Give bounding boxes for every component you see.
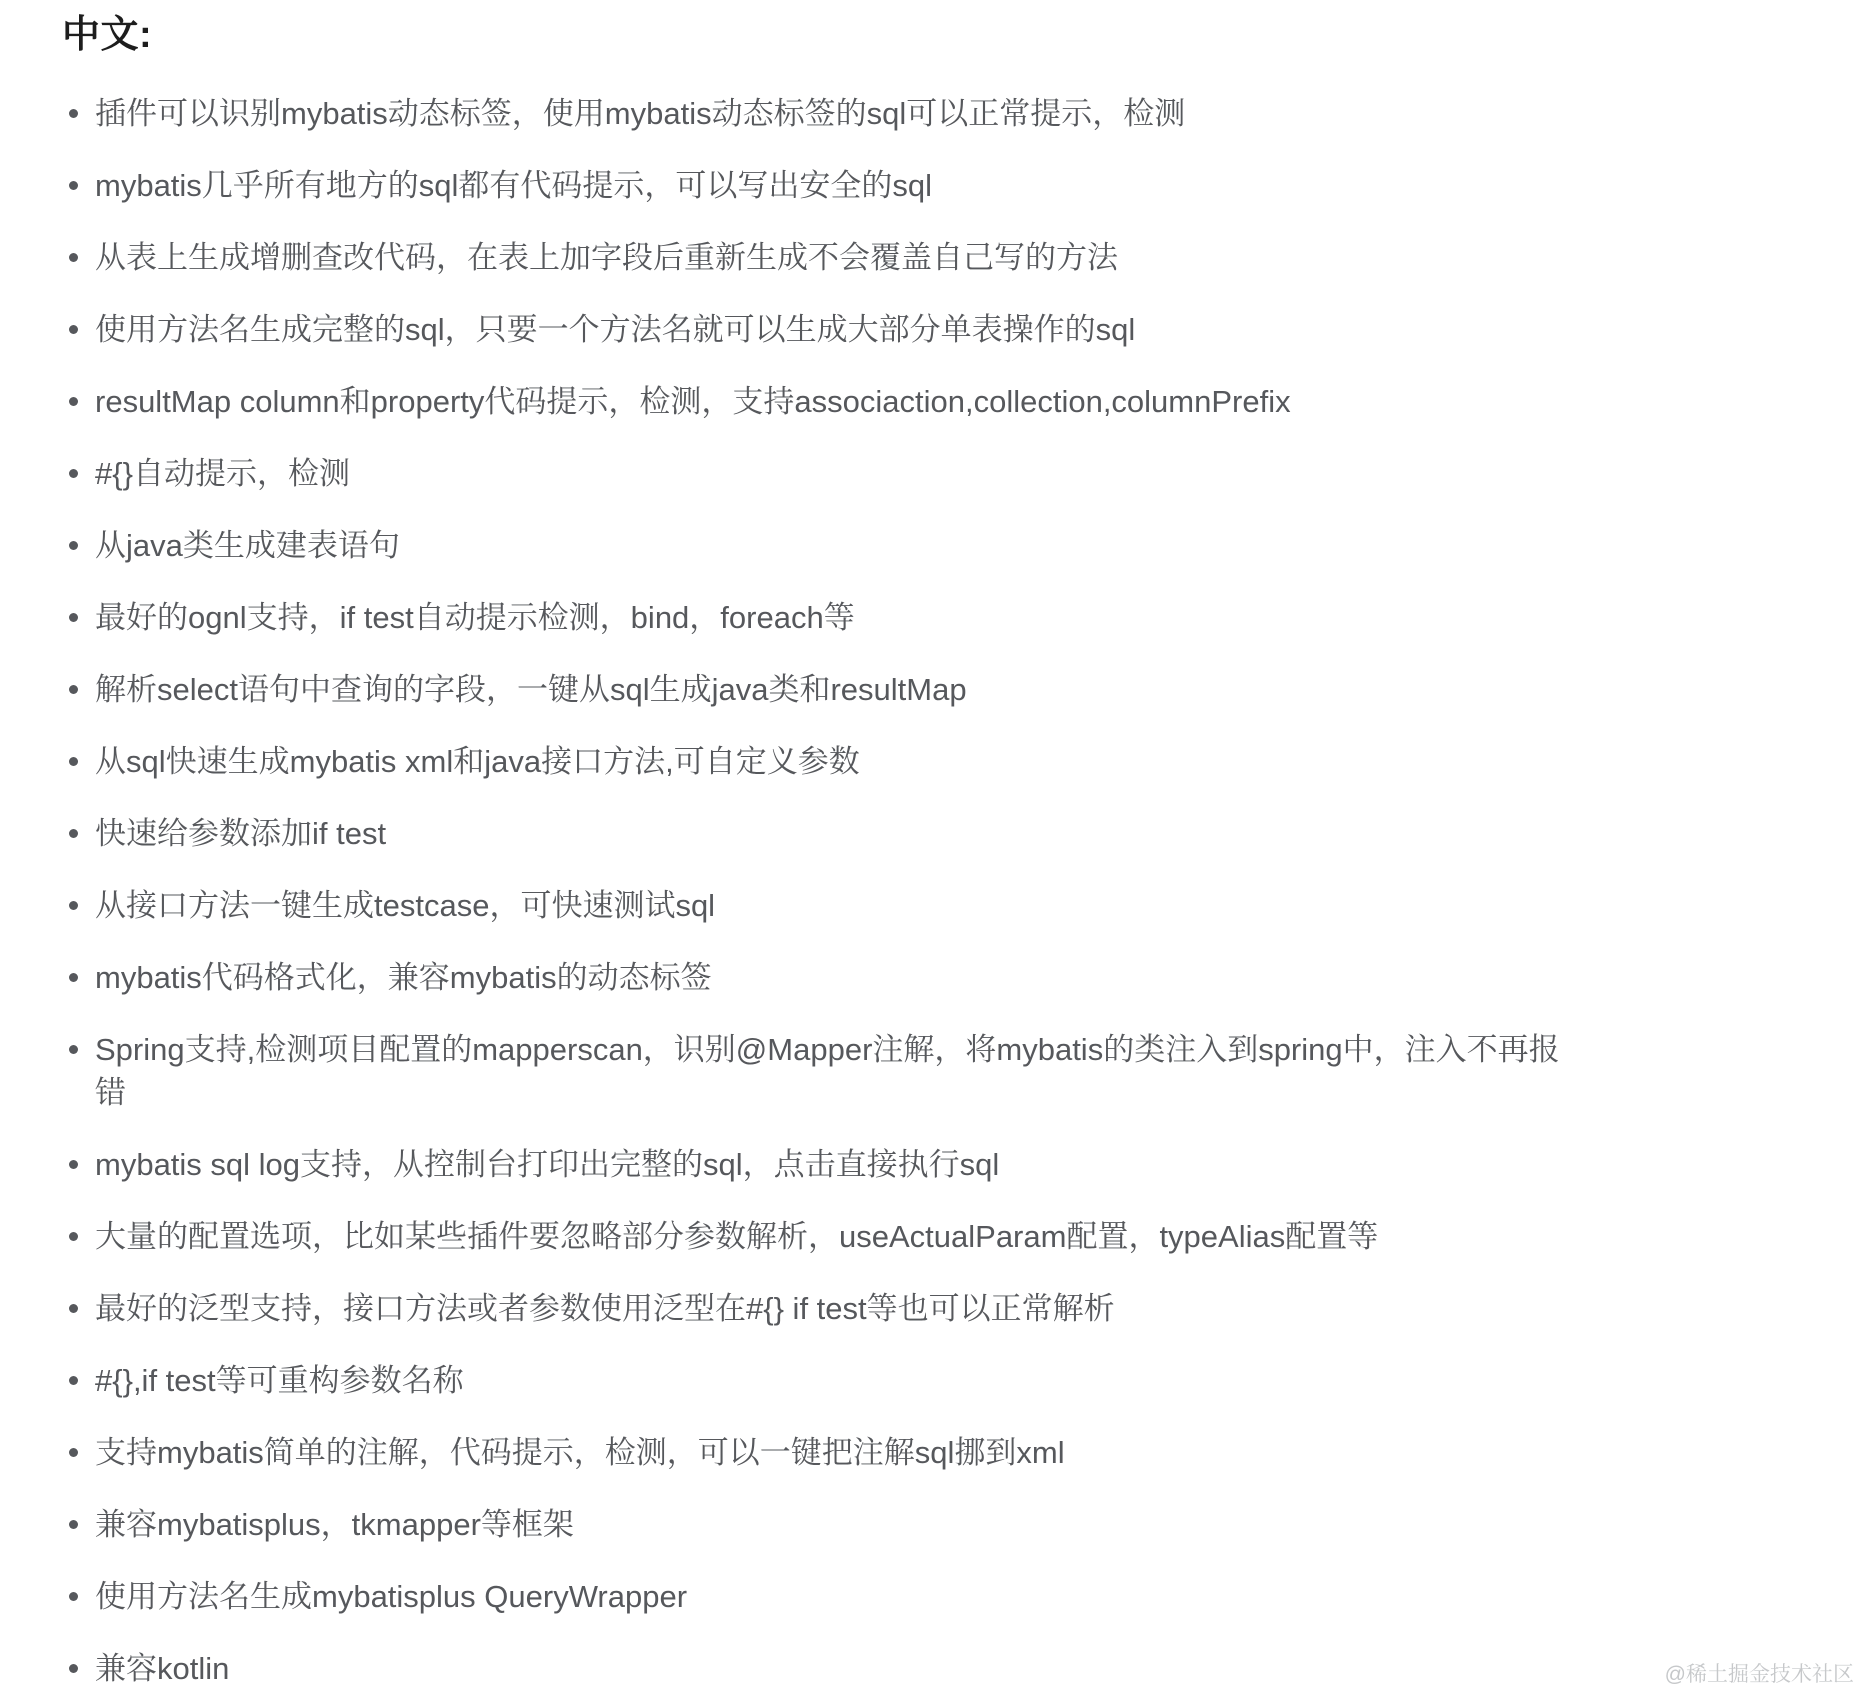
bullet-icon bbox=[69, 901, 78, 910]
list-item: 插件可以识别mybatis动态标签，使用mybatis动态标签的sql可以正常提… bbox=[62, 92, 1565, 135]
list-item-text: 大量的配置选项，比如某些插件要忽略部分参数解析，useActualParam配置… bbox=[95, 1219, 1378, 1254]
list-item-text: 解析select语句中查询的字段，一键从sql生成java类和resultMap bbox=[95, 672, 967, 707]
bullet-icon bbox=[69, 1160, 78, 1169]
list-item: 从sql快速生成mybatis xml和java接口方法,可自定义参数 bbox=[62, 740, 1565, 783]
list-item-text: #{},if test等可重构参数名称 bbox=[95, 1363, 464, 1398]
list-item-text: mybatis sql log支持，从控制台打印出完整的sql，点击直接执行sq… bbox=[95, 1147, 999, 1182]
list-item: mybatis几乎所有地方的sql都有代码提示，可以写出安全的sql bbox=[62, 164, 1565, 207]
document-page: 中文: 插件可以识别mybatis动态标签，使用mybatis动态标签的sql可… bbox=[0, 0, 1862, 1700]
list-item-text: 快速给参数添加if test bbox=[95, 816, 386, 851]
list-item-text: 插件可以识别mybatis动态标签，使用mybatis动态标签的sql可以正常提… bbox=[95, 96, 1185, 131]
list-item-text: 使用方法名生成完整的sql，只要一个方法名就可以生成大部分单表操作的sql bbox=[95, 312, 1135, 347]
bullet-icon bbox=[69, 1304, 78, 1313]
list-item: mybatis sql log支持，从控制台打印出完整的sql，点击直接执行sq… bbox=[62, 1143, 1565, 1186]
list-item: mybatis代码格式化，兼容mybatis的动态标签 bbox=[62, 956, 1565, 999]
list-item: 从java类生成建表语句 bbox=[62, 524, 1565, 567]
bullet-icon bbox=[69, 1592, 78, 1601]
list-item: 最好的ognl支持，if test自动提示检测，bind，foreach等 bbox=[62, 596, 1565, 639]
list-item: Spring支持,检测项目配置的mapperscan，识别@Mapper注解，将… bbox=[62, 1028, 1565, 1114]
list-item: 支持mybatis简单的注解，代码提示，检测，可以一键把注解sql挪到xml bbox=[62, 1431, 1565, 1474]
list-item-text: 最好的泛型支持，接口方法或者参数使用泛型在#{} if test等也可以正常解析 bbox=[95, 1291, 1115, 1326]
bullet-icon bbox=[69, 397, 78, 406]
bullet-icon bbox=[69, 757, 78, 766]
bullet-icon bbox=[69, 1232, 78, 1241]
bullet-icon bbox=[69, 181, 78, 190]
bullet-icon bbox=[69, 541, 78, 550]
list-item-text: 兼容mybatisplus，tkmapper等框架 bbox=[95, 1507, 574, 1542]
list-item: 从表上生成增删查改代码，在表上加字段后重新生成不会覆盖自己写的方法 bbox=[62, 236, 1565, 279]
list-item-text: mybatis代码格式化，兼容mybatis的动态标签 bbox=[95, 960, 712, 995]
list-item-text: mybatis几乎所有地方的sql都有代码提示，可以写出安全的sql bbox=[95, 168, 932, 203]
list-item-text: 兼容kotlin bbox=[95, 1651, 229, 1686]
list-item: 使用方法名生成完整的sql，只要一个方法名就可以生成大部分单表操作的sql bbox=[62, 308, 1565, 351]
bullet-icon bbox=[69, 1045, 78, 1054]
list-item: 大量的配置选项，比如某些插件要忽略部分参数解析，useActualParam配置… bbox=[62, 1215, 1565, 1258]
list-item-text: 从接口方法一键生成testcase，可快速测试sql bbox=[95, 888, 715, 923]
bullet-icon bbox=[69, 973, 78, 982]
feature-list: 插件可以识别mybatis动态标签，使用mybatis动态标签的sql可以正常提… bbox=[62, 92, 1762, 1690]
list-item-text: resultMap column和property代码提示，检测，支持assoc… bbox=[95, 384, 1291, 419]
bullet-icon bbox=[69, 1376, 78, 1385]
bullet-icon bbox=[69, 469, 78, 478]
list-item-text: 从sql快速生成mybatis xml和java接口方法,可自定义参数 bbox=[95, 744, 860, 779]
bullet-icon bbox=[69, 1520, 78, 1529]
list-item: resultMap column和property代码提示，检测，支持assoc… bbox=[62, 380, 1565, 423]
list-item: 快速给参数添加if test bbox=[62, 812, 1565, 855]
list-item-text: 使用方法名生成mybatisplus QueryWrapper bbox=[95, 1579, 687, 1614]
list-item-text: 支持mybatis简单的注解，代码提示，检测，可以一键把注解sql挪到xml bbox=[95, 1435, 1065, 1470]
list-item: 使用方法名生成mybatisplus QueryWrapper bbox=[62, 1575, 1565, 1618]
list-item-text: 从java类生成建表语句 bbox=[95, 528, 400, 563]
list-item: #{}自动提示，检测 bbox=[62, 452, 1565, 495]
bullet-icon bbox=[69, 325, 78, 334]
bullet-icon bbox=[69, 1664, 78, 1673]
bullet-icon bbox=[69, 685, 78, 694]
list-item-text: 最好的ognl支持，if test自动提示检测，bind，foreach等 bbox=[95, 600, 855, 635]
list-item: #{},if test等可重构参数名称 bbox=[62, 1359, 1565, 1402]
bullet-icon bbox=[69, 253, 78, 262]
list-item: 解析select语句中查询的字段，一键从sql生成java类和resultMap bbox=[62, 668, 1565, 711]
list-item: 最好的泛型支持，接口方法或者参数使用泛型在#{} if test等也可以正常解析 bbox=[62, 1287, 1565, 1330]
list-item: 兼容kotlin bbox=[62, 1647, 1565, 1690]
watermark: @稀土掘金技术社区 bbox=[1665, 1658, 1854, 1688]
bullet-icon bbox=[69, 613, 78, 622]
list-item-text: Spring支持,检测项目配置的mapperscan，识别@Mapper注解，将… bbox=[95, 1032, 1560, 1110]
list-item: 兼容mybatisplus，tkmapper等框架 bbox=[62, 1503, 1565, 1546]
bullet-icon bbox=[69, 109, 78, 118]
page-title: 中文: bbox=[62, 12, 1762, 58]
list-item-text: 从表上生成增删查改代码，在表上加字段后重新生成不会覆盖自己写的方法 bbox=[95, 240, 1118, 275]
bullet-icon bbox=[69, 1448, 78, 1457]
bullet-icon bbox=[69, 829, 78, 838]
list-item: 从接口方法一键生成testcase，可快速测试sql bbox=[62, 884, 1565, 927]
list-item-text: #{}自动提示，检测 bbox=[95, 456, 350, 491]
